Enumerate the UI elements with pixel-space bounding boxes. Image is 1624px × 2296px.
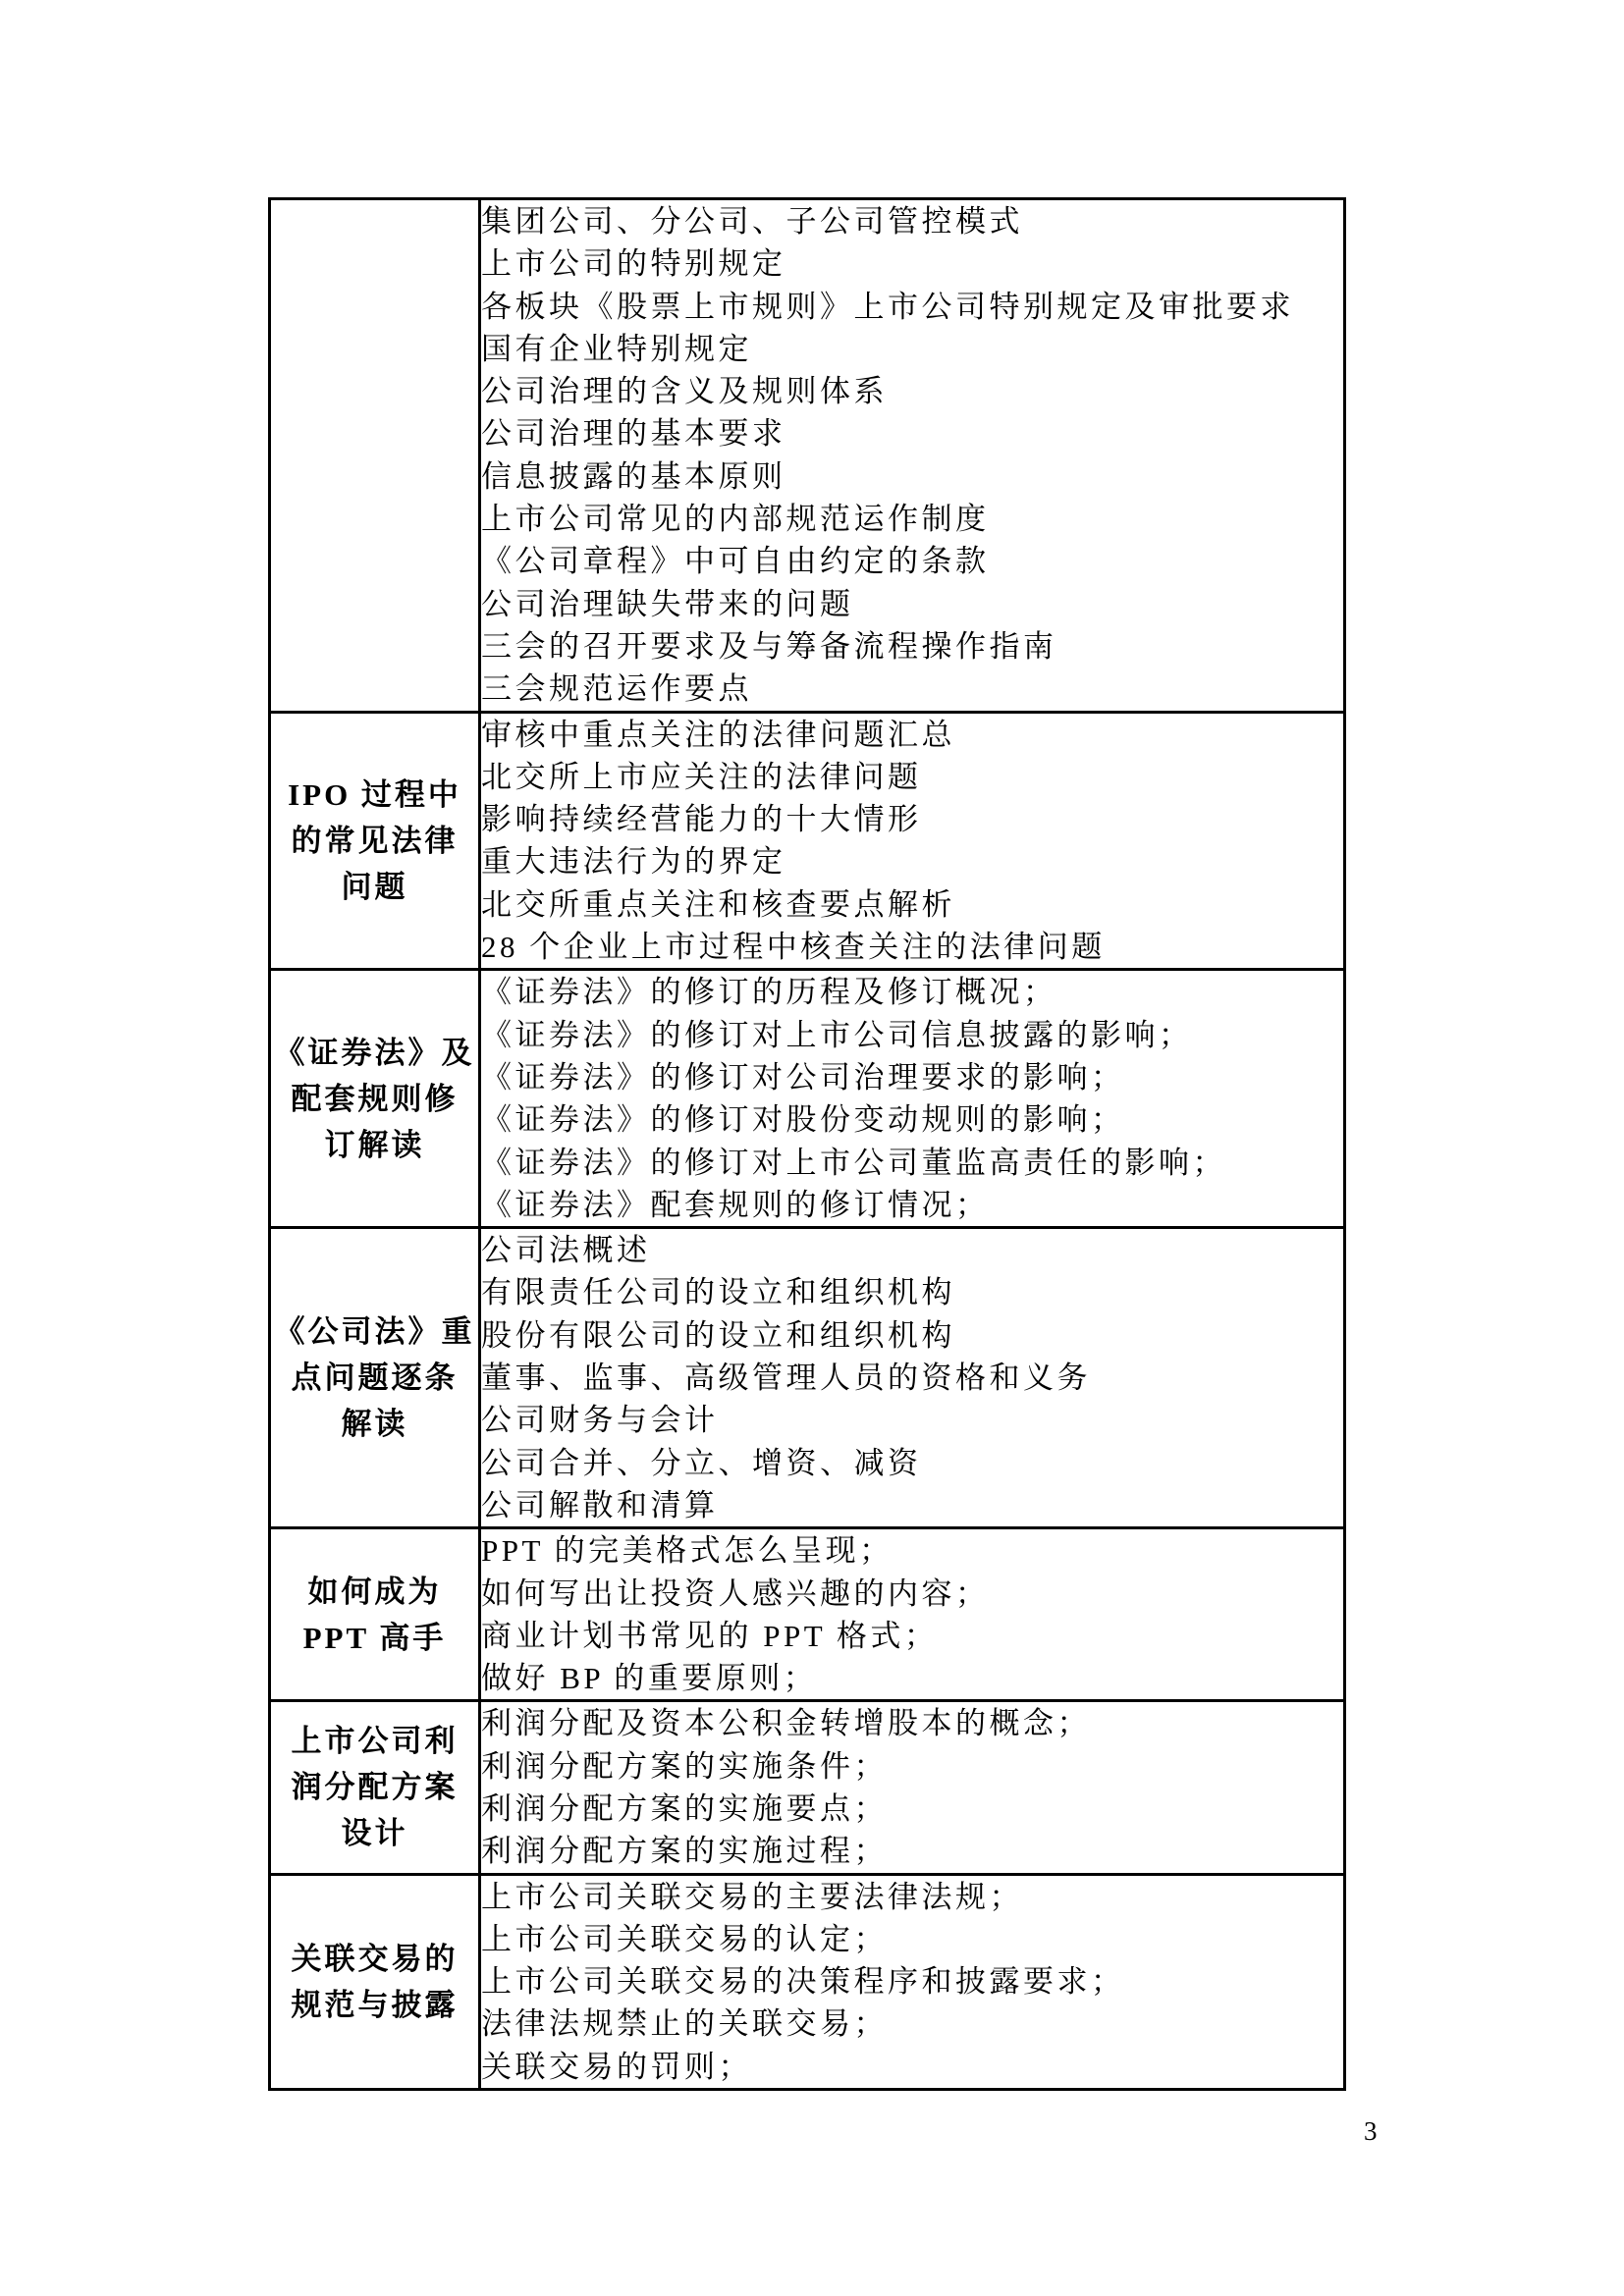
row-header-line: 上市公司利 bbox=[271, 1718, 478, 1764]
page-number: 3 bbox=[1364, 2116, 1378, 2146]
row-header-cell: 《公司法》重点问题逐条解读 bbox=[270, 1228, 480, 1528]
outline-item: 法律法规禁止的关联交易； bbox=[481, 2002, 1343, 2045]
course-outline-table-body: 集团公司、分公司、子公司管控模式上市公司的特别规定各板块《股票上市规则》上市公司… bbox=[270, 199, 1345, 2090]
table-row: 《公司法》重点问题逐条解读公司法概述有限责任公司的设立和组织机构股份有限公司的设… bbox=[270, 1228, 1345, 1528]
outline-item: 影响持续经营能力的十大情形 bbox=[481, 798, 1343, 840]
row-header-cell: 《证券法》及配套规则修订解读 bbox=[270, 970, 480, 1228]
outline-item: 重大违法行为的界定 bbox=[481, 840, 1343, 882]
row-content-cell: 公司法概述有限责任公司的设立和组织机构股份有限公司的设立和组织机构董事、监事、高… bbox=[480, 1228, 1345, 1528]
document-page: 集团公司、分公司、子公司管控模式上市公司的特别规定各板块《股票上市规则》上市公司… bbox=[0, 0, 1624, 2296]
row-header-cell: IPO 过程中的常见法律问题 bbox=[270, 712, 480, 970]
outline-item: 商业计划书常见的 PPT 格式； bbox=[481, 1615, 1343, 1657]
row-header-line: 润分配方案 bbox=[271, 1764, 478, 1810]
row-content-cell: 集团公司、分公司、子公司管控模式上市公司的特别规定各板块《股票上市规则》上市公司… bbox=[480, 199, 1345, 713]
outline-item: 28 个企业上市过程中核查关注的法律问题 bbox=[481, 926, 1343, 968]
outline-item: 《证券法》的修订的历程及修订概况； bbox=[481, 971, 1343, 1013]
outline-item: 利润分配及资本公积金转增股本的概念； bbox=[481, 1702, 1343, 1744]
outline-item: 公司解散和清算 bbox=[481, 1484, 1343, 1526]
outline-item: 审核中重点关注的法律问题汇总 bbox=[481, 714, 1343, 756]
row-header-line: 设计 bbox=[271, 1810, 478, 1856]
row-content-cell: 上市公司关联交易的主要法律法规；上市公司关联交易的认定；上市公司关联交易的决策程… bbox=[480, 1874, 1345, 2089]
table-row: 关联交易的规范与披露上市公司关联交易的主要法律法规；上市公司关联交易的认定；上市… bbox=[270, 1874, 1345, 2089]
outline-item: 《证券法》的修订对上市公司信息披露的影响； bbox=[481, 1014, 1343, 1056]
row-header-cell: 关联交易的规范与披露 bbox=[270, 1874, 480, 2089]
outline-item: 《证券法》的修订对上市公司董监高责任的影响； bbox=[481, 1142, 1343, 1184]
table-row: 如何成为PPT 高手PPT 的完美格式怎么呈现；如何写出让投资人感兴趣的内容；商… bbox=[270, 1528, 1345, 1701]
outline-item: 集团公司、分公司、子公司管控模式 bbox=[481, 200, 1343, 242]
outline-item: 《公司章程》中可自由约定的条款 bbox=[481, 540, 1343, 582]
outline-item: 利润分配方案的实施条件； bbox=[481, 1745, 1343, 1788]
course-outline-table: 集团公司、分公司、子公司管控模式上市公司的特别规定各板块《股票上市规则》上市公司… bbox=[268, 197, 1346, 2091]
row-content-cell: 审核中重点关注的法律问题汇总北交所上市应关注的法律问题影响持续经营能力的十大情形… bbox=[480, 712, 1345, 970]
outline-item: 公司合并、分立、增资、减资 bbox=[481, 1442, 1343, 1484]
outline-item: 关联交易的罚则； bbox=[481, 2046, 1343, 2088]
table-row: 《证券法》及配套规则修订解读《证券法》的修订的历程及修订概况；《证券法》的修订对… bbox=[270, 970, 1345, 1228]
row-header-cell: 上市公司利润分配方案设计 bbox=[270, 1701, 480, 1874]
outline-item: 公司治理缺失带来的问题 bbox=[481, 583, 1343, 625]
outline-item: 公司法概述 bbox=[481, 1229, 1343, 1271]
outline-item: 上市公司的特别规定 bbox=[481, 242, 1343, 285]
table-row: 集团公司、分公司、子公司管控模式上市公司的特别规定各板块《股票上市规则》上市公司… bbox=[270, 199, 1345, 713]
outline-item: 有限责任公司的设立和组织机构 bbox=[481, 1271, 1343, 1313]
row-header-line: IPO 过程中 bbox=[271, 772, 478, 818]
row-header-line: 的常见法律 bbox=[271, 818, 478, 864]
outline-item: 利润分配方案的实施要点； bbox=[481, 1788, 1343, 1830]
outline-item: 公司治理的含义及规则体系 bbox=[481, 370, 1343, 412]
outline-item: 《证券法》配套规则的修订情况； bbox=[481, 1184, 1343, 1226]
row-content-cell: 《证券法》的修订的历程及修订概况；《证券法》的修订对上市公司信息披露的影响；《证… bbox=[480, 970, 1345, 1228]
row-header-line: 订解读 bbox=[271, 1122, 478, 1168]
outline-item: 国有企业特别规定 bbox=[481, 328, 1343, 370]
outline-item: 上市公司常见的内部规范运作制度 bbox=[481, 498, 1343, 540]
outline-item: 如何写出让投资人感兴趣的内容； bbox=[481, 1573, 1343, 1615]
outline-item: 公司治理的基本要求 bbox=[481, 412, 1343, 454]
outline-item: 股份有限公司的设立和组织机构 bbox=[481, 1314, 1343, 1357]
row-header-line: 解读 bbox=[271, 1401, 478, 1447]
outline-item: 北交所重点关注和核查要点解析 bbox=[481, 883, 1343, 926]
row-header-line: 规范与披露 bbox=[271, 1982, 478, 2028]
row-header-line: 点问题逐条 bbox=[271, 1355, 478, 1401]
outline-item: 信息披露的基本原则 bbox=[481, 455, 1343, 498]
row-header-cell bbox=[270, 199, 480, 713]
row-header-line: 问题 bbox=[271, 864, 478, 910]
table-row: 上市公司利润分配方案设计利润分配及资本公积金转增股本的概念；利润分配方案的实施条… bbox=[270, 1701, 1345, 1874]
outline-item: 三会的召开要求及与筹备流程操作指南 bbox=[481, 625, 1343, 667]
outline-item: 利润分配方案的实施过程； bbox=[481, 1830, 1343, 1872]
row-header-line: 如何成为 bbox=[271, 1569, 478, 1615]
row-header-line: 配套规则修 bbox=[271, 1076, 478, 1122]
row-header-line: 《公司法》重 bbox=[271, 1308, 478, 1355]
row-content-cell: PPT 的完美格式怎么呈现；如何写出让投资人感兴趣的内容；商业计划书常见的 PP… bbox=[480, 1528, 1345, 1701]
row-header-line: 《证券法》及 bbox=[271, 1030, 478, 1076]
outline-item: 上市公司关联交易的决策程序和披露要求； bbox=[481, 1960, 1343, 2002]
outline-item: 公司财务与会计 bbox=[481, 1399, 1343, 1441]
outline-item: 三会规范运作要点 bbox=[481, 667, 1343, 710]
outline-item: 北交所上市应关注的法律问题 bbox=[481, 756, 1343, 798]
outline-item: 《证券法》的修订对股份变动规则的影响； bbox=[481, 1098, 1343, 1141]
outline-item: 各板块《股票上市规则》上市公司特别规定及审批要求 bbox=[481, 286, 1343, 328]
row-header-line: 关联交易的 bbox=[271, 1936, 478, 1982]
table-row: IPO 过程中的常见法律问题审核中重点关注的法律问题汇总北交所上市应关注的法律问… bbox=[270, 712, 1345, 970]
row-content-cell: 利润分配及资本公积金转增股本的概念；利润分配方案的实施条件；利润分配方案的实施要… bbox=[480, 1701, 1345, 1874]
outline-item: 上市公司关联交易的主要法律法规； bbox=[481, 1876, 1343, 1918]
outline-item: 做好 BP 的重要原则； bbox=[481, 1657, 1343, 1699]
outline-item: PPT 的完美格式怎么呈现； bbox=[481, 1529, 1343, 1572]
outline-item: 《证券法》的修订对公司治理要求的影响； bbox=[481, 1056, 1343, 1098]
outline-item: 上市公司关联交易的认定； bbox=[481, 1918, 1343, 1960]
row-header-cell: 如何成为PPT 高手 bbox=[270, 1528, 480, 1701]
outline-item: 董事、监事、高级管理人员的资格和义务 bbox=[481, 1357, 1343, 1399]
row-header-line: PPT 高手 bbox=[271, 1615, 478, 1661]
